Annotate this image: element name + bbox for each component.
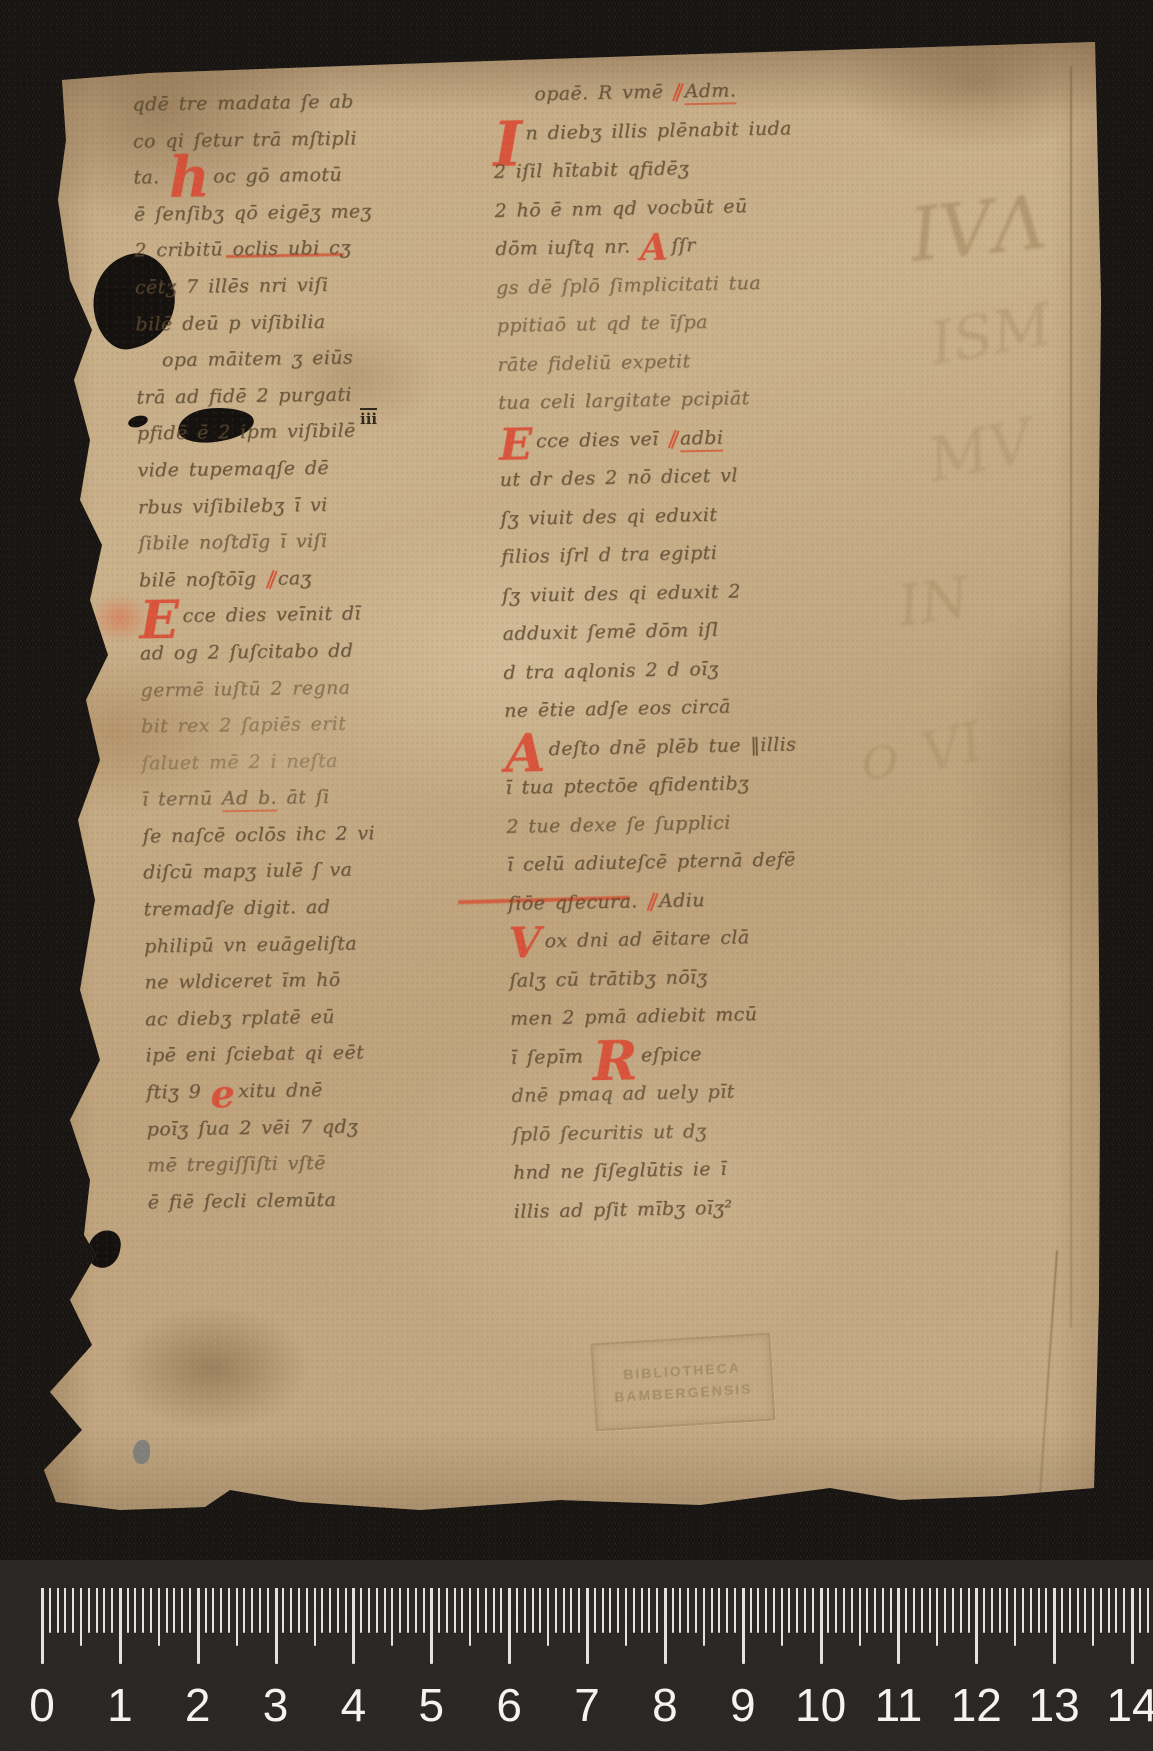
- ruler-tick: [929, 1588, 931, 1633]
- manuscript-line: Ecce dies veīnit dī: [139, 594, 487, 635]
- manuscript-text: ne ētie adſe eos circā: [504, 695, 731, 721]
- ruler-tick: [609, 1588, 611, 1633]
- ruler-number: 14: [1106, 1678, 1153, 1732]
- ruler-tick: [672, 1588, 674, 1633]
- ruler-tick: [1131, 1588, 1134, 1664]
- ruler-tick: [493, 1588, 495, 1633]
- manuscript-text: ī celū adiuteſcē pternā defē: [507, 848, 796, 876]
- ruler-tick: [882, 1588, 884, 1633]
- ruler-number: 11: [875, 1678, 923, 1732]
- manuscript-line: ac diebʒ rplatē eū: [145, 996, 493, 1037]
- manuscript-line: diſcū mapʒ iulē ſ va: [143, 850, 491, 891]
- ruler-tick: [205, 1588, 207, 1633]
- manuscript-text: ftiʒ 9: [146, 1081, 211, 1104]
- ruler-tick: [430, 1588, 433, 1664]
- manuscript-line: ē fiē ſecli clemūta: [147, 1179, 495, 1220]
- ruler-tick: [96, 1588, 98, 1633]
- ruler-tick: [788, 1588, 790, 1633]
- manuscript-line: qdē tre madata ſe ab: [132, 82, 480, 123]
- manuscript-text: cētʒ 7 illēs nri viſi: [135, 274, 329, 299]
- ruler-tick: [532, 1588, 534, 1633]
- manuscript-text: 2 iſil hītabit qfidēʒ: [494, 157, 690, 183]
- ghost-offset-letters: ISM: [925, 290, 1057, 378]
- ruler-tick: [983, 1588, 985, 1633]
- manuscript-text: ī ſepīm: [511, 1045, 593, 1069]
- ruler-tick: [290, 1588, 292, 1633]
- ruler-tick: [1022, 1588, 1024, 1633]
- manuscript-text: hnd ne ſiſeglūtis ie ī: [513, 1158, 727, 1184]
- ruler-number: 7: [574, 1678, 600, 1732]
- manuscript-text: cce dies veīnit dī: [182, 603, 361, 627]
- ruler-tick: [1069, 1588, 1071, 1633]
- ruler-tick: [134, 1588, 136, 1633]
- ruler-tick: [111, 1588, 113, 1633]
- manuscript-text: opa māitem ʒ eiūs: [162, 347, 353, 372]
- ruler-tick: [1147, 1588, 1149, 1633]
- rubric-initial: A: [640, 248, 668, 249]
- ruler-tick: [461, 1588, 463, 1633]
- ruler-tick: [251, 1588, 253, 1633]
- manuscript-text: ē fiē ſecli clemūta: [148, 1189, 337, 1214]
- manuscript-text: ne wldiceret īm hō: [144, 969, 340, 994]
- rubric-initial: R: [593, 1060, 638, 1061]
- ruler-tick: [197, 1588, 200, 1664]
- ruler-tick: [563, 1588, 565, 1633]
- manuscript-line: cētʒ 7 illēs nri viſi: [135, 265, 483, 306]
- manuscript-text: ppitiaō ut qd te īſpa: [497, 311, 709, 337]
- ruler-tick: [991, 1588, 993, 1633]
- ruler-tick: [415, 1588, 417, 1633]
- manuscript-text: 2 hō ē nm qd vocbūt eū: [494, 195, 747, 222]
- ruler-tick: [267, 1588, 269, 1633]
- ruler-tick: [913, 1588, 915, 1633]
- ruler-tick: [750, 1588, 752, 1633]
- manuscript-line: 2 cribitū oclis ubi cʒ: [134, 228, 482, 269]
- manuscript-text: adduxit ſemē dōm iſl: [502, 619, 718, 645]
- ruler-tick: [695, 1588, 697, 1633]
- ruler-tick: [734, 1588, 736, 1633]
- ruler-number: 3: [263, 1678, 289, 1732]
- centimeter-ruler: 01234567891011121314: [0, 1560, 1153, 1751]
- ruler-tick: [173, 1588, 175, 1633]
- ruler-tick: [454, 1588, 456, 1633]
- manuscript-text: ſplō ſecuritis ut dʒ: [512, 1120, 707, 1146]
- ruler-tick: [259, 1588, 261, 1633]
- ruler-tick: [438, 1588, 440, 1633]
- ruler-tick: [921, 1588, 923, 1633]
- ruler-tick: [843, 1588, 845, 1633]
- manuscript-text: tua celi largitate pcipiāt: [498, 387, 750, 414]
- manuscript-text: Ad b.: [222, 787, 277, 813]
- manuscript-text: qdē tre madata ſe ab: [132, 90, 354, 115]
- ruler-number: 9: [730, 1678, 756, 1732]
- ruler-tick: [570, 1588, 572, 1633]
- manuscript-line: vide tupemaqſe dē: [137, 448, 485, 489]
- manuscript-line: bilē noſtōīg ‖caʒ: [139, 557, 487, 598]
- ruler-tick: [648, 1588, 650, 1633]
- ruler-tick: [874, 1588, 876, 1633]
- manuscript-text: n diebʒ illis plēnabit iuda: [525, 117, 792, 144]
- manuscript-text: ſʒ viuit des qi eduxit: [500, 503, 717, 529]
- ruler-tick: [905, 1588, 907, 1633]
- manuscript-text: 2 cribitū oclis ubi cʒ: [134, 237, 351, 262]
- parchment-crease: [1070, 66, 1072, 1328]
- manuscript-line: germē iuſtū 2 regna: [140, 667, 488, 708]
- ruler-tick: [625, 1588, 627, 1646]
- ruler-tick: [72, 1588, 74, 1633]
- ruler-tick: [687, 1588, 689, 1633]
- manuscript-line: trā ad fidē 2 purgati: [136, 374, 484, 415]
- ruler-tick: [236, 1588, 238, 1646]
- text-column-left: qdē tre madata ſe abco qi ſetur trā mſti…: [132, 82, 496, 1221]
- manuscript-text: bilē noſtōīg: [139, 567, 266, 591]
- manuscript-photo: IVΛISMMVINVIO qdē tre madata ſe abco qi …: [0, 0, 1153, 1751]
- manuscript-line: poīʒ ſua 2 vēi 7 qdʒ: [146, 1106, 494, 1147]
- manuscript-text: ſſr: [671, 234, 696, 256]
- manuscript-text: poīʒ ſua 2 vēi 7 qdʒ: [147, 1115, 359, 1140]
- manuscript-text: co qi ſetur trā mſtipli: [133, 127, 357, 152]
- manuscript-text: filios iſrl d tra egipti: [501, 542, 717, 568]
- ruler-tick: [368, 1588, 370, 1633]
- ruler-tick: [399, 1588, 401, 1633]
- manuscript-text: cce dies veī: [536, 427, 669, 452]
- ruler-tick: [49, 1588, 51, 1633]
- ruler-tick: [352, 1588, 355, 1664]
- ruler-tick: [1108, 1588, 1110, 1633]
- manuscript-line: ftiʒ 9 exitu dnē: [146, 1070, 494, 1111]
- parchment-leaf: IVΛISMMVINVIO qdē tre madata ſe abco qi …: [30, 38, 1106, 1516]
- manuscript-text: deſto dnē plēb tue ‖illis: [548, 733, 796, 760]
- manuscript-line: philipū vn euāgeliſta: [144, 923, 492, 964]
- ruler-tick: [1038, 1588, 1040, 1633]
- ruler-tick: [679, 1588, 681, 1633]
- ruler-tick: [1053, 1588, 1056, 1664]
- ruler-tick: [773, 1588, 775, 1633]
- manuscript-text: gs dē ſplō ſimplicitati tua: [496, 271, 761, 298]
- ruler-tick: [384, 1588, 386, 1633]
- manuscript-line: rbus viſibilebʒ ī vi: [138, 484, 486, 525]
- manuscript-text: ox dni ad ēitare clā: [544, 926, 749, 952]
- ruler-number: 2: [185, 1678, 211, 1732]
- ruler-tick: [275, 1588, 278, 1664]
- ruler-tick: [742, 1588, 745, 1664]
- manuscript-line: illis ad pſit mībʒ oīʒ²: [513, 1185, 914, 1231]
- ruler-tick: [282, 1588, 284, 1633]
- ruler-number: 5: [419, 1678, 445, 1732]
- text-column-right: opaē. R vmē ‖Adm.In diebʒ illis plēnabit…: [492, 68, 914, 1230]
- ghost-offset-letters: IVΛ: [906, 179, 1050, 279]
- ruler-tick: [446, 1588, 448, 1633]
- manuscript-text: caʒ: [278, 567, 312, 589]
- interlinear-annotation: iii: [360, 408, 377, 428]
- manuscript-text: d tra aqlonis 2 d oīʒ: [503, 657, 719, 683]
- ruler-tick: [602, 1588, 604, 1633]
- ruler-tick: [1061, 1588, 1063, 1633]
- ruler-tick: [477, 1588, 479, 1633]
- manuscript-text: germē iuſtū 2 regna: [140, 676, 350, 701]
- ruler-tick: [181, 1588, 183, 1633]
- ruler-tick: [485, 1588, 487, 1633]
- library-blind-stamp: BIBLIOTHECA BAMBERGENSIS: [590, 1333, 775, 1432]
- ruler-number: 13: [1029, 1678, 1080, 1732]
- manuscript-text: āt ſi: [277, 786, 330, 809]
- ruler-tick: [376, 1588, 378, 1633]
- ruler-tick: [586, 1588, 589, 1664]
- manuscript-line: ad og 2 ſuſcitabo dd: [140, 630, 488, 671]
- ruler-tick: [835, 1588, 837, 1633]
- ruler-tick: [711, 1588, 713, 1633]
- manuscript-text: 2 tue dexe ſe ſupplici: [506, 811, 731, 837]
- rubric-initial: E: [140, 621, 180, 622]
- rubric-initial: A: [505, 754, 546, 755]
- ruler-tick: [975, 1588, 978, 1664]
- ruler-tick: [337, 1588, 339, 1633]
- rubric-initial: I: [493, 144, 522, 145]
- manuscript-text: ut dr des 2 nō dicet vl: [499, 464, 737, 491]
- ruler-tick: [796, 1588, 798, 1633]
- ruler-tick: [960, 1588, 962, 1633]
- ruler-tick: [820, 1588, 823, 1664]
- ruler-tick: [968, 1588, 970, 1633]
- manuscript-text: ſalʒ cū trātibʒ nōīʒ: [509, 965, 708, 991]
- manuscript-text: xitu dnē: [238, 1079, 323, 1102]
- ruler-tick: [516, 1588, 518, 1633]
- ruler-tick: [827, 1588, 829, 1633]
- ruler-tick: [64, 1588, 66, 1633]
- ruler-tick: [890, 1588, 892, 1633]
- ruler-tick: [1030, 1588, 1032, 1633]
- ruler-tick: [306, 1588, 308, 1633]
- ruler-number: 1: [107, 1678, 133, 1732]
- ruler-tick: [703, 1588, 705, 1646]
- manuscript-text: ē ſenſibʒ qō eigēʒ meʒ: [134, 200, 372, 225]
- ruler-tick: [1100, 1588, 1102, 1633]
- ruler-tick: [150, 1588, 152, 1633]
- ruler-tick: [641, 1588, 643, 1633]
- ruler-tick: [656, 1588, 658, 1633]
- manuscript-line: ſe naſcē oclōs ihc 2 vi: [142, 813, 490, 854]
- ruler-tick: [220, 1588, 222, 1633]
- ruler-tick: [555, 1588, 557, 1633]
- ruler-tick: [88, 1588, 90, 1633]
- manuscript-text: ſʒ viuit des qi eduxit 2: [502, 580, 741, 607]
- manuscript-text: ī tua ptectōe qfidentibʒ: [505, 772, 749, 799]
- ruler-tick: [804, 1588, 806, 1633]
- ruler-tick: [539, 1588, 541, 1633]
- manuscript-line: ē ſenſibʒ qō eigēʒ meʒ: [134, 191, 482, 232]
- manuscript-text: dnē pmaq ad uely pīt: [511, 1080, 735, 1106]
- manuscript-text: ī ternū: [142, 788, 222, 811]
- rubric-initial: E: [499, 445, 533, 446]
- manuscript-text: ta.: [133, 166, 169, 188]
- manuscript-line: tremadſe digit. ad: [143, 887, 491, 928]
- ruler-tick: [812, 1588, 814, 1633]
- ruler-tick: [1139, 1588, 1141, 1633]
- ruler-tick: [158, 1588, 160, 1646]
- ruler-tick: [391, 1588, 393, 1646]
- manuscript-line: ſaluet mē 2 i neſta: [141, 740, 489, 781]
- ruler-tick: [57, 1588, 59, 1633]
- manuscript-line: bilē deū p viſibilia: [135, 301, 483, 342]
- manuscript-text: ſaluet mē 2 i neſta: [141, 749, 338, 774]
- ruler-tick: [119, 1588, 122, 1664]
- ruler-tick: [999, 1588, 1001, 1633]
- ruler-tick: [80, 1588, 82, 1646]
- parchment-hole: [85, 1228, 123, 1271]
- ruler-tick: [228, 1588, 230, 1633]
- rubric-initial: V: [509, 943, 542, 944]
- ruler-tick: [866, 1588, 868, 1633]
- ruler-tick: [314, 1588, 316, 1646]
- ghost-offset-letters: IN: [894, 565, 973, 639]
- manuscript-text: bilē deū p viſibilia: [135, 310, 325, 335]
- ruler-tick: [189, 1588, 191, 1633]
- manuscript-line: ſibile noſtdīg ī viſi: [138, 521, 486, 562]
- ruler-number: 8: [652, 1678, 678, 1732]
- ruler-tick: [329, 1588, 331, 1633]
- ruler-tick: [1092, 1588, 1094, 1646]
- ruler-tick: [508, 1588, 511, 1664]
- manuscript-text: ad og 2 ſuſcitabo dd: [140, 639, 354, 664]
- manuscript-text: opaē. R vmē: [534, 80, 673, 105]
- ruler-tick: [718, 1588, 720, 1633]
- ruler-number: 0: [29, 1678, 55, 1732]
- ruler-tick: [757, 1588, 759, 1633]
- manuscript-text: men 2 pmā adiebit mcū: [510, 1003, 758, 1030]
- manuscript-line: ī ternū Ad b. āt ſi: [142, 777, 490, 818]
- parchment-crease: [1036, 1250, 1058, 1537]
- manuscript-text: ſe naſcē oclōs ihc 2 vi: [142, 822, 375, 847]
- ruler-tick: [594, 1588, 596, 1633]
- ruler-tick: [345, 1588, 347, 1633]
- rubric-initial: h: [169, 178, 210, 179]
- ruler-number: 4: [341, 1678, 367, 1732]
- ruler-tick: [781, 1588, 783, 1646]
- ruler-tick: [547, 1588, 549, 1646]
- manuscript-text: Adiu: [659, 889, 705, 912]
- ruler-number: 6: [496, 1678, 522, 1732]
- ruler-tick: [851, 1588, 853, 1633]
- manuscript-line: ta. hoc gō amotū: [133, 155, 481, 196]
- ruler-tick: [726, 1588, 728, 1633]
- ruler-tick: [765, 1588, 767, 1633]
- ruler-number: 12: [951, 1678, 1002, 1732]
- ruler-tick: [1084, 1588, 1086, 1633]
- ruler-tick: [500, 1588, 502, 1633]
- ruler-tick: [578, 1588, 580, 1633]
- manuscript-line: opa māitem ʒ eiūs: [162, 338, 484, 379]
- ruler-tick: [936, 1588, 938, 1646]
- ruler-number: 10: [795, 1678, 846, 1732]
- ruler-tick: [127, 1588, 129, 1633]
- ruler-tick: [524, 1588, 526, 1633]
- manuscript-text: Adm.: [684, 79, 736, 105]
- ruler-tick: [212, 1588, 214, 1633]
- ruler-tick: [633, 1588, 635, 1633]
- ruler-tick: [298, 1588, 300, 1633]
- ruler-tick: [41, 1588, 44, 1664]
- ruler-tick: [952, 1588, 954, 1633]
- ruler-tick: [469, 1588, 471, 1646]
- ghost-offset-letters: MV: [922, 406, 1039, 496]
- ruler-tick: [859, 1588, 861, 1646]
- manuscript-line: mē tregiſſiſti vſtē: [147, 1143, 495, 1184]
- manuscript-text: pfidē ē 2 ipm viſibilē: [137, 420, 356, 445]
- ruler-tick: [1123, 1588, 1125, 1633]
- stamp-line-2: BAMBERGENSIS: [614, 1381, 753, 1405]
- ruler-tick: [1077, 1588, 1079, 1633]
- ruler-tick: [617, 1588, 619, 1633]
- ruler-tick: [360, 1588, 362, 1633]
- stamp-line-1: BIBLIOTHECA: [623, 1359, 741, 1382]
- manuscript-text: ac diebʒ rplatē eū: [145, 1006, 335, 1031]
- manuscript-text: trā ad fidē 2 purgati: [136, 383, 352, 408]
- manuscript-text: illis ad pſit mībʒ oīʒ²: [514, 1196, 733, 1222]
- ruler-tick: [1014, 1588, 1016, 1646]
- ruler-tick: [321, 1588, 323, 1633]
- ruler-tick: [166, 1588, 168, 1633]
- manuscript-line: ipē eni ſciebat qi eēt: [145, 1033, 493, 1074]
- manuscript-text: tremadſe digit. ad: [143, 896, 330, 921]
- manuscript-text: ſiōe qſecura.: [508, 890, 648, 915]
- manuscript-text: dōm iuſtq nr.: [495, 235, 640, 260]
- manuscript-text: ſibile noſtdīg ī viſi: [138, 530, 327, 555]
- ruler-tick: [243, 1588, 245, 1633]
- manuscript-text: eſpice: [641, 1043, 702, 1066]
- manuscript-line: pfidē ē 2 ipm viſibilē: [137, 411, 485, 452]
- ruler-tick: [944, 1588, 946, 1633]
- ruler-tick: [142, 1588, 144, 1633]
- ruler-tick: [407, 1588, 409, 1633]
- manuscript-text: mē tregiſſiſti vſtē: [147, 1152, 326, 1176]
- manuscript-text: bit rex 2 ſapiēs erit: [141, 713, 346, 738]
- manuscript-text: oc gō amotū: [213, 164, 342, 188]
- gray-spot: [133, 1440, 150, 1464]
- manuscript-text: ipē eni ſciebat qi eēt: [145, 1042, 364, 1067]
- ruler-tick: [897, 1588, 900, 1664]
- manuscript-text: vide tupemaqſe dē: [137, 457, 329, 482]
- manuscript-text: diſcū mapʒ iulē ſ va: [143, 859, 353, 884]
- manuscript-text: adbi: [680, 426, 724, 452]
- ruler-tick: [423, 1588, 425, 1633]
- manuscript-text: philipū vn euāgeliſta: [144, 932, 357, 957]
- ghost-offset-letters: VI: [915, 710, 989, 786]
- ruler-tick: [103, 1588, 105, 1633]
- ruler-tick: [1006, 1588, 1008, 1633]
- ruler-tick: [1115, 1588, 1117, 1633]
- manuscript-line: ne wldiceret īm hō: [144, 960, 492, 1001]
- ruler-tick: [1045, 1588, 1047, 1633]
- manuscript-text: rbus viſibilebʒ ī vi: [138, 493, 328, 518]
- ruler-tick: [664, 1588, 667, 1664]
- manuscript-text: rāte fideliū expetit: [497, 350, 690, 376]
- manuscript-line: bit rex 2 ſapiēs erit: [141, 704, 489, 745]
